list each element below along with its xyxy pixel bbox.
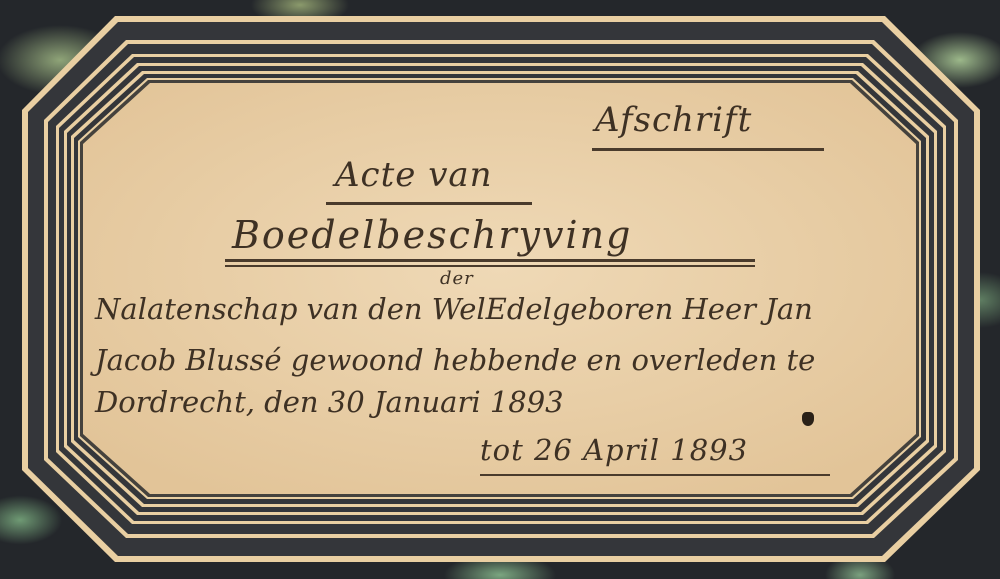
body-line-2: Jacob Blussé gewoond hebbende en overled… — [95, 343, 815, 377]
body-line-3: Dordrecht, den 30 Januari 1893 — [95, 385, 564, 419]
title-double-underline-bottom — [225, 265, 755, 267]
heading-underline — [592, 148, 824, 151]
label-text: Afschrift Acte van Boedelbeschryving der… — [0, 0, 1000, 579]
connector-der: der — [440, 268, 474, 289]
title-acte-van: Acte van — [335, 155, 493, 195]
body-line-1: Nalatenschap van den WelEdelgeboren Heer… — [95, 292, 813, 326]
title-boedelbeschryving: Boedelbeschryving — [232, 213, 632, 257]
title-underline — [326, 202, 532, 205]
heading-afschrift: Afschrift — [595, 100, 752, 140]
title-double-underline-top — [225, 259, 755, 262]
body-line-4: tot 26 April 1893 — [480, 433, 748, 467]
closing-underline — [480, 474, 830, 476]
ink-blot — [802, 412, 814, 426]
